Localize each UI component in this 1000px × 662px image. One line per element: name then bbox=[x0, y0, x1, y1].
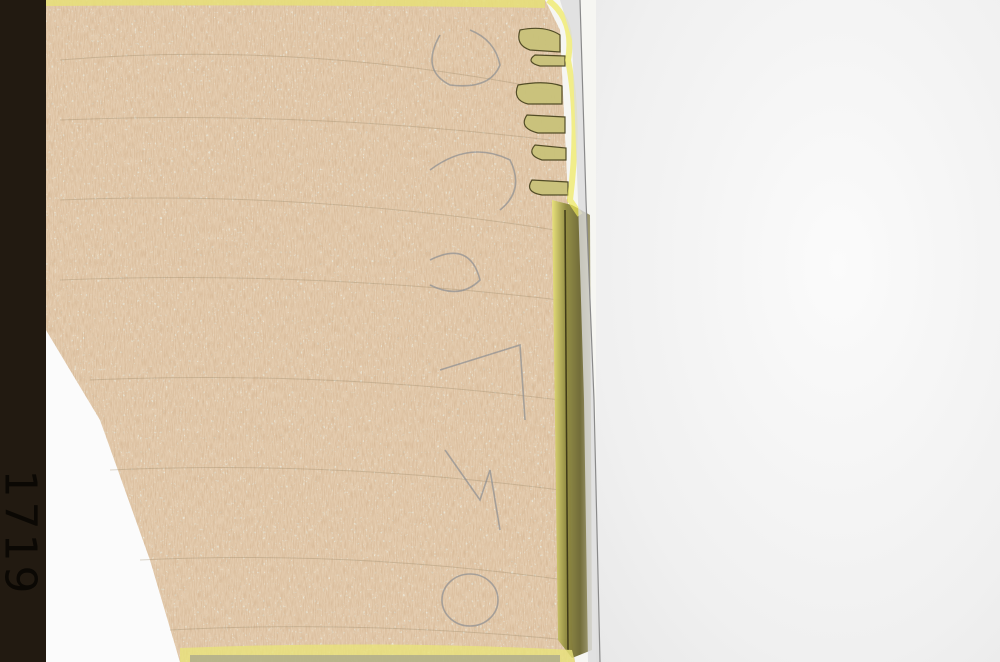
thin-section-photo: 1719 bbox=[0, 0, 1000, 662]
rock-sample bbox=[0, 0, 1000, 662]
